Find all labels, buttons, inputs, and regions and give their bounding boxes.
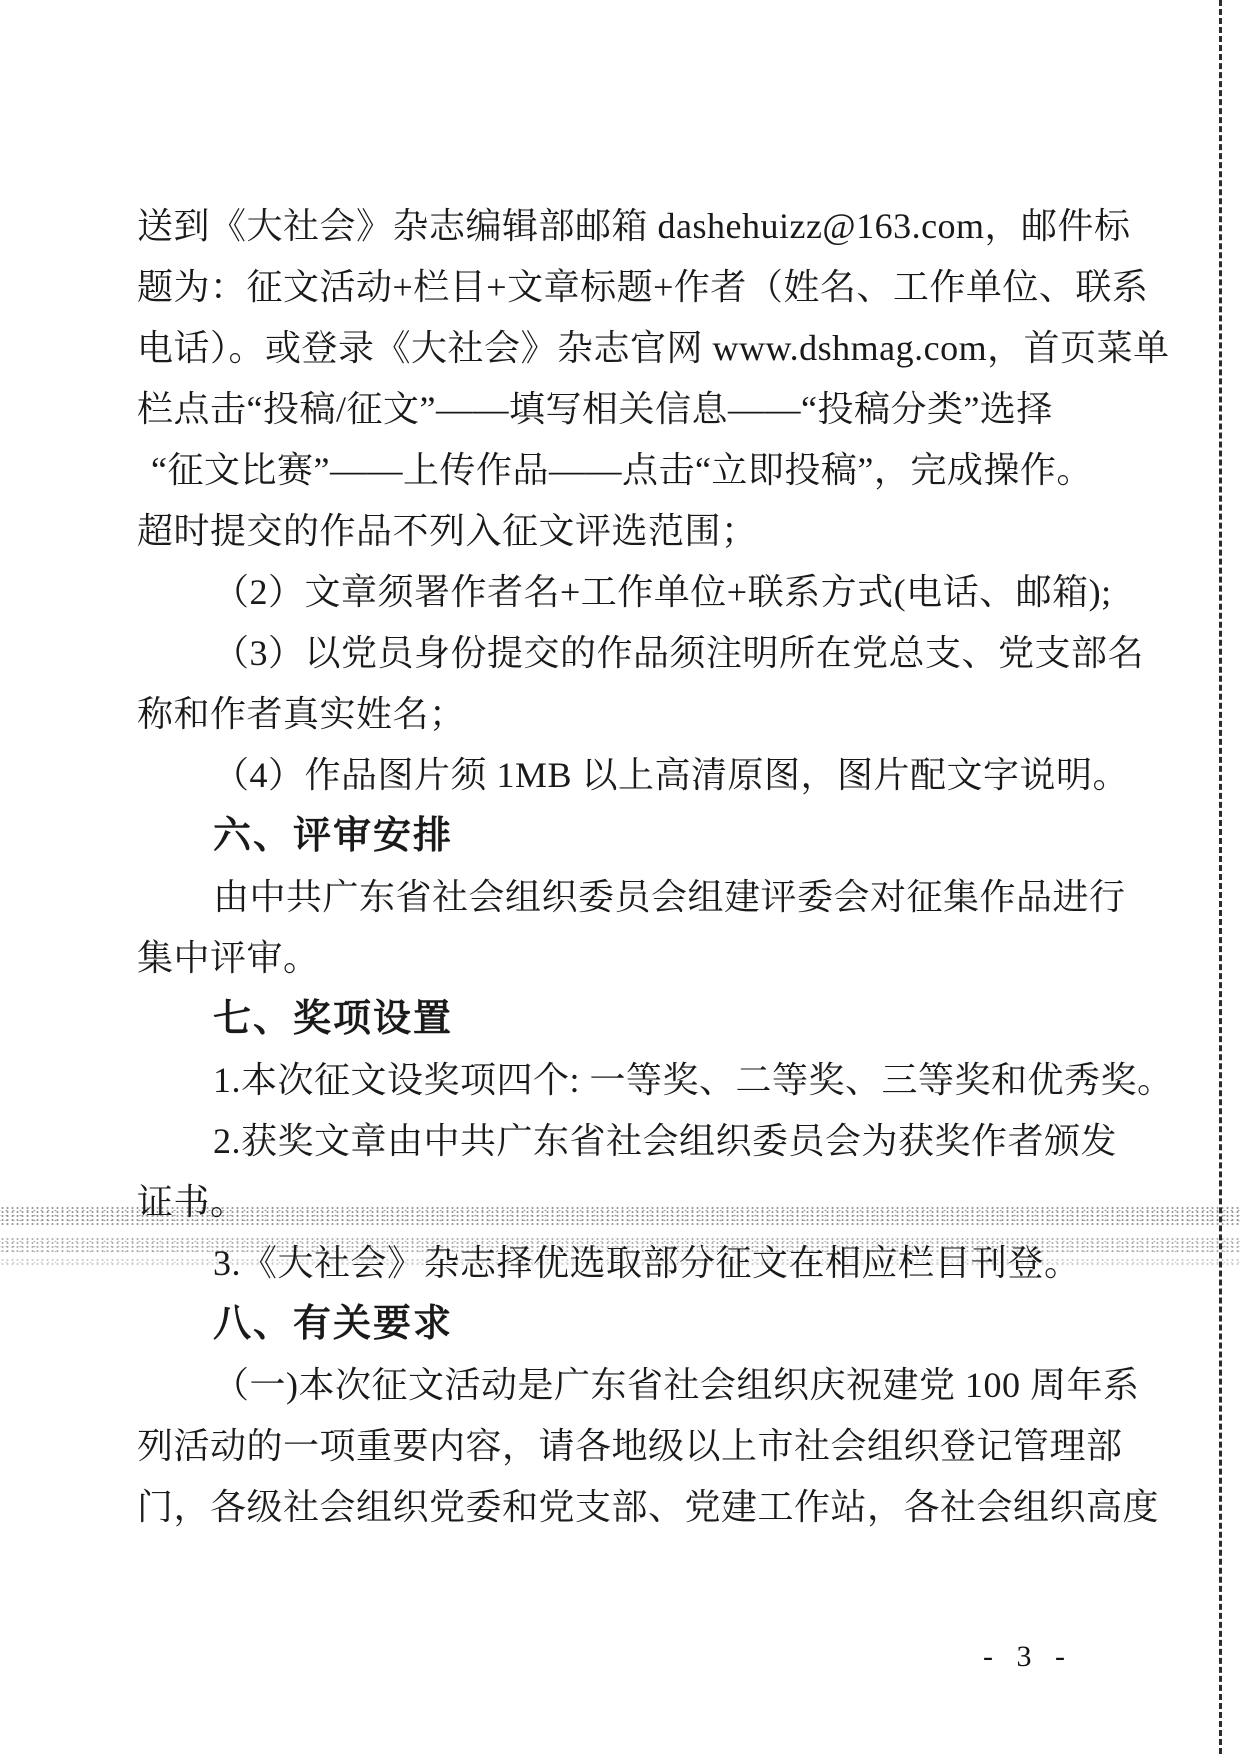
scanned-page: 送到《大社会》杂志编辑部邮箱 dashehuizz@163.com，邮件标 题为…: [0, 0, 1240, 1754]
section-heading-review: 六、评审安排: [137, 806, 1097, 867]
text-line: 由中共广东省社会组织委员会组建评委会对征集作品进行: [137, 867, 1097, 928]
text-line: 电话）。或登录《大社会》杂志官网 www.dshmag.com，首页菜单: [137, 318, 1097, 379]
text-line: 列活动的一项重要内容，请各地级以上市社会组织登记管理部: [137, 1416, 1097, 1477]
text-line: 栏点击“投稿/征文”——填写相关信息——“投稿分类”选择: [137, 379, 1097, 440]
list-item: （3）以党员身份提交的作品须注明所在党总支、党支部名: [137, 623, 1097, 684]
section-heading-requirements: 八、有关要求: [137, 1294, 1097, 1355]
text-line: “征文比赛”——上传作品——点击“立即投稿”，完成操作。: [137, 440, 1097, 501]
text-line: 超时提交的作品不列入征文评选范围；: [137, 501, 1097, 562]
list-item: （4）作品图片须 1MB 以上高清原图，图片配文字说明。: [137, 745, 1097, 806]
scan-edge-line: [1219, 0, 1222, 1754]
text-line: 集中评审。: [137, 928, 1097, 989]
list-item: （2）文章须署作者名+工作单位+联系方式(电话、邮箱);: [137, 562, 1097, 623]
section-heading-awards: 七、奖项设置: [137, 989, 1097, 1050]
page-number: - 3 -: [983, 1640, 1073, 1674]
text-line: 证书。: [137, 1172, 1097, 1233]
text-line: 题为：征文活动+栏目+文章标题+作者（姓名、工作单位、联系: [137, 257, 1097, 318]
document-body: 送到《大社会》杂志编辑部邮箱 dashehuizz@163.com，邮件标 题为…: [137, 196, 1097, 1538]
list-item: 2.获奖文章由中共广东省社会组织委员会为获奖作者颁发: [137, 1111, 1097, 1172]
text-line: 门，各级社会组织党委和党支部、党建工作站，各社会组织高度: [137, 1477, 1097, 1538]
list-item: 3.《大社会》杂志择优选取部分征文在相应栏目刊登。: [137, 1233, 1097, 1294]
list-item: 1.本次征文设奖项四个: 一等奖、二等奖、三等奖和优秀奖。: [137, 1050, 1097, 1111]
text-line: （一)本次征文活动是广东省社会组织庆祝建党 100 周年系: [137, 1355, 1097, 1416]
text-line: 称和作者真实姓名；: [137, 684, 1097, 745]
text-line: 送到《大社会》杂志编辑部邮箱 dashehuizz@163.com，邮件标: [137, 196, 1097, 257]
